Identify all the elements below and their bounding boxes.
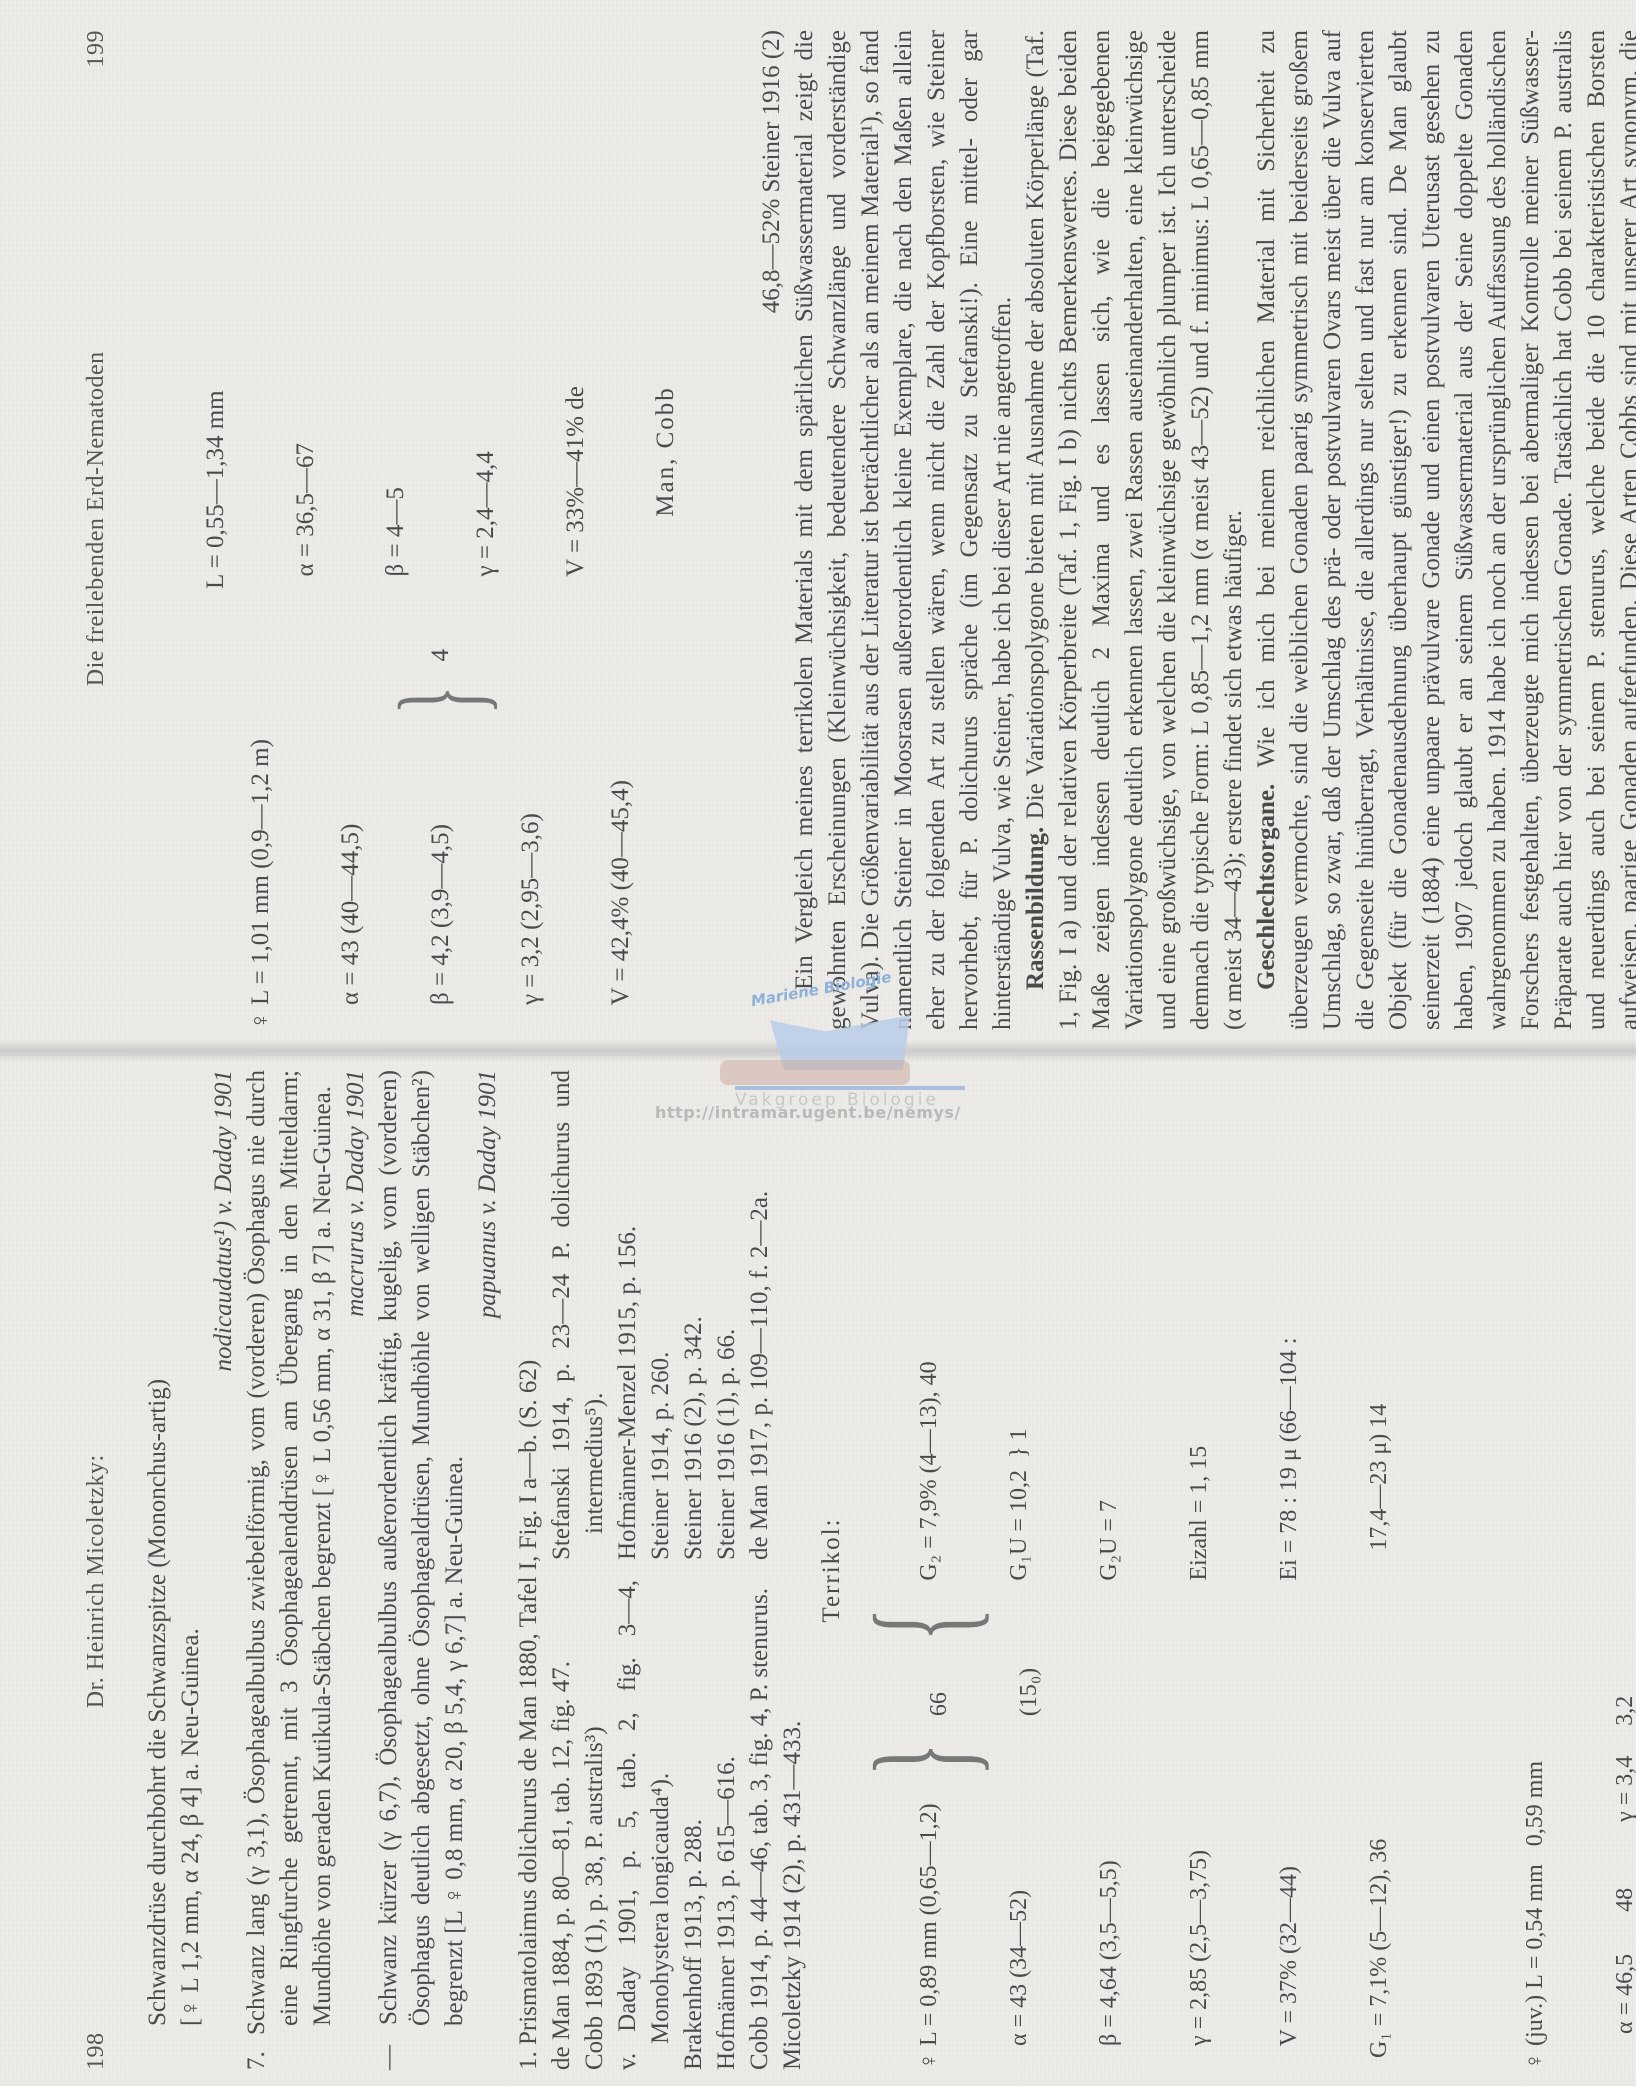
section-heading: Rassenbildung. <box>1022 827 1049 990</box>
running-head: 198 Dr. Heinrich Micoletzky: <box>80 1070 113 2070</box>
brace-icon: } <box>854 1743 1454 1777</box>
paragraph-rassenbildung: Rassenbildung. Die Variationspolygone bi… <box>1019 30 1250 1030</box>
measures-left: ♀ L = 1,01 mm (0,9—1,2 m) α = 43 (40—44,… <box>186 739 696 1030</box>
terrikol-heading: Terrikol: <box>815 1070 848 2070</box>
running-head-author: Dr. Heinrich Micoletzky: <box>80 1130 113 2033</box>
book-gutter <box>0 1040 1636 1062</box>
page-199: Die freilebenden Erd-Nematoden 199 ♀ L =… <box>80 30 1636 1030</box>
species-name: macrurus v. Daday 1901 <box>339 1070 372 2070</box>
juvenile-measurements: ♀ (juv.) L = 0,54 mm 0,59 mm α = 46,5 48… <box>1460 1070 1636 2070</box>
page-198: 198 Dr. Heinrich Micoletzky: Schwanzdrüs… <box>80 1070 1636 2070</box>
literature-right: Stefanski 1914, p. 23—24 P. dolichurus u… <box>545 1070 809 1560</box>
terrikol-right: G₂ = 7,9% (4—13), 40 G₁U = 10,2 } 1 G₂U … <box>854 1338 1454 1581</box>
species-name: papuanus v. Daday 1901 <box>471 1070 504 2070</box>
steiner-measure: 46,8—52% Steiner 1916 (2) <box>755 30 788 1030</box>
literature-list: de Man 1884, p. 80—81, tab. 12, fig. 47.… <box>545 1070 809 2070</box>
species-name: nodicaudatus¹) v. Daday 1901 <box>207 1070 240 2070</box>
terrikol-brace-values: 66 (15₀) <box>854 1668 1454 1716</box>
measures-count: 4 <box>426 649 456 662</box>
paragraph-comparison: Ein Vergleich meines terrikolen Material… <box>788 30 1019 1030</box>
running-head-title: Die freilebenden Erd-Nematoden <box>80 68 113 971</box>
brace-icon: { <box>854 1607 1454 1641</box>
key-item-alt: — Schwanz kürzer (γ 6,7), Ösophagealbulb… <box>372 1070 471 2070</box>
key-intro-line: Schwanzdrüse durchbohrt die Schwanzspitz… <box>141 1070 174 2070</box>
terrikol-measurements: ♀ L = 0,89 mm (0,65—1,2) α = 43 (34—52) … <box>854 1070 1454 2070</box>
species-entry-heading: 1. Prismatolaimus dolichurus de Man 1880… <box>512 1070 545 2070</box>
paragraph-geschlechtsorgane: Geschlechtsorgane. Wie ich mich bei mein… <box>1250 30 1636 1030</box>
running-head: Die freilebenden Erd-Nematoden 199 <box>80 30 113 1030</box>
terrikol-left: ♀ L = 0,89 mm (0,65—1,2) α = 43 (34—52) … <box>854 1803 1454 2070</box>
watermark-url[interactable]: http://intramar.ugent.be/nemys/ <box>655 1103 961 1122</box>
section-heading: Geschlechtsorgane. <box>1253 784 1280 990</box>
measures-right: L = 0,55—1,34 mm α = 36,5—67 β = 4—5 γ =… <box>141 386 741 589</box>
page-number: 199 <box>80 30 113 68</box>
key-intro-line: [♀ L 1,2 mm, α 24, β 4] a. Neu-Guinea. <box>174 1070 207 2070</box>
literature-left: de Man 1884, p. 80—81, tab. 12, fig. 47.… <box>545 1580 809 2070</box>
page-number: 198 <box>80 2033 113 2071</box>
key-item-7: 7. Schwanz lang (γ 3,1), Ösophagealbulbu… <box>240 1070 339 2070</box>
brace-icon: } <box>381 686 501 715</box>
measurement-block: ♀ L = 1,01 mm (0,9—1,2 m) α = 43 (40—44,… <box>141 30 741 1030</box>
